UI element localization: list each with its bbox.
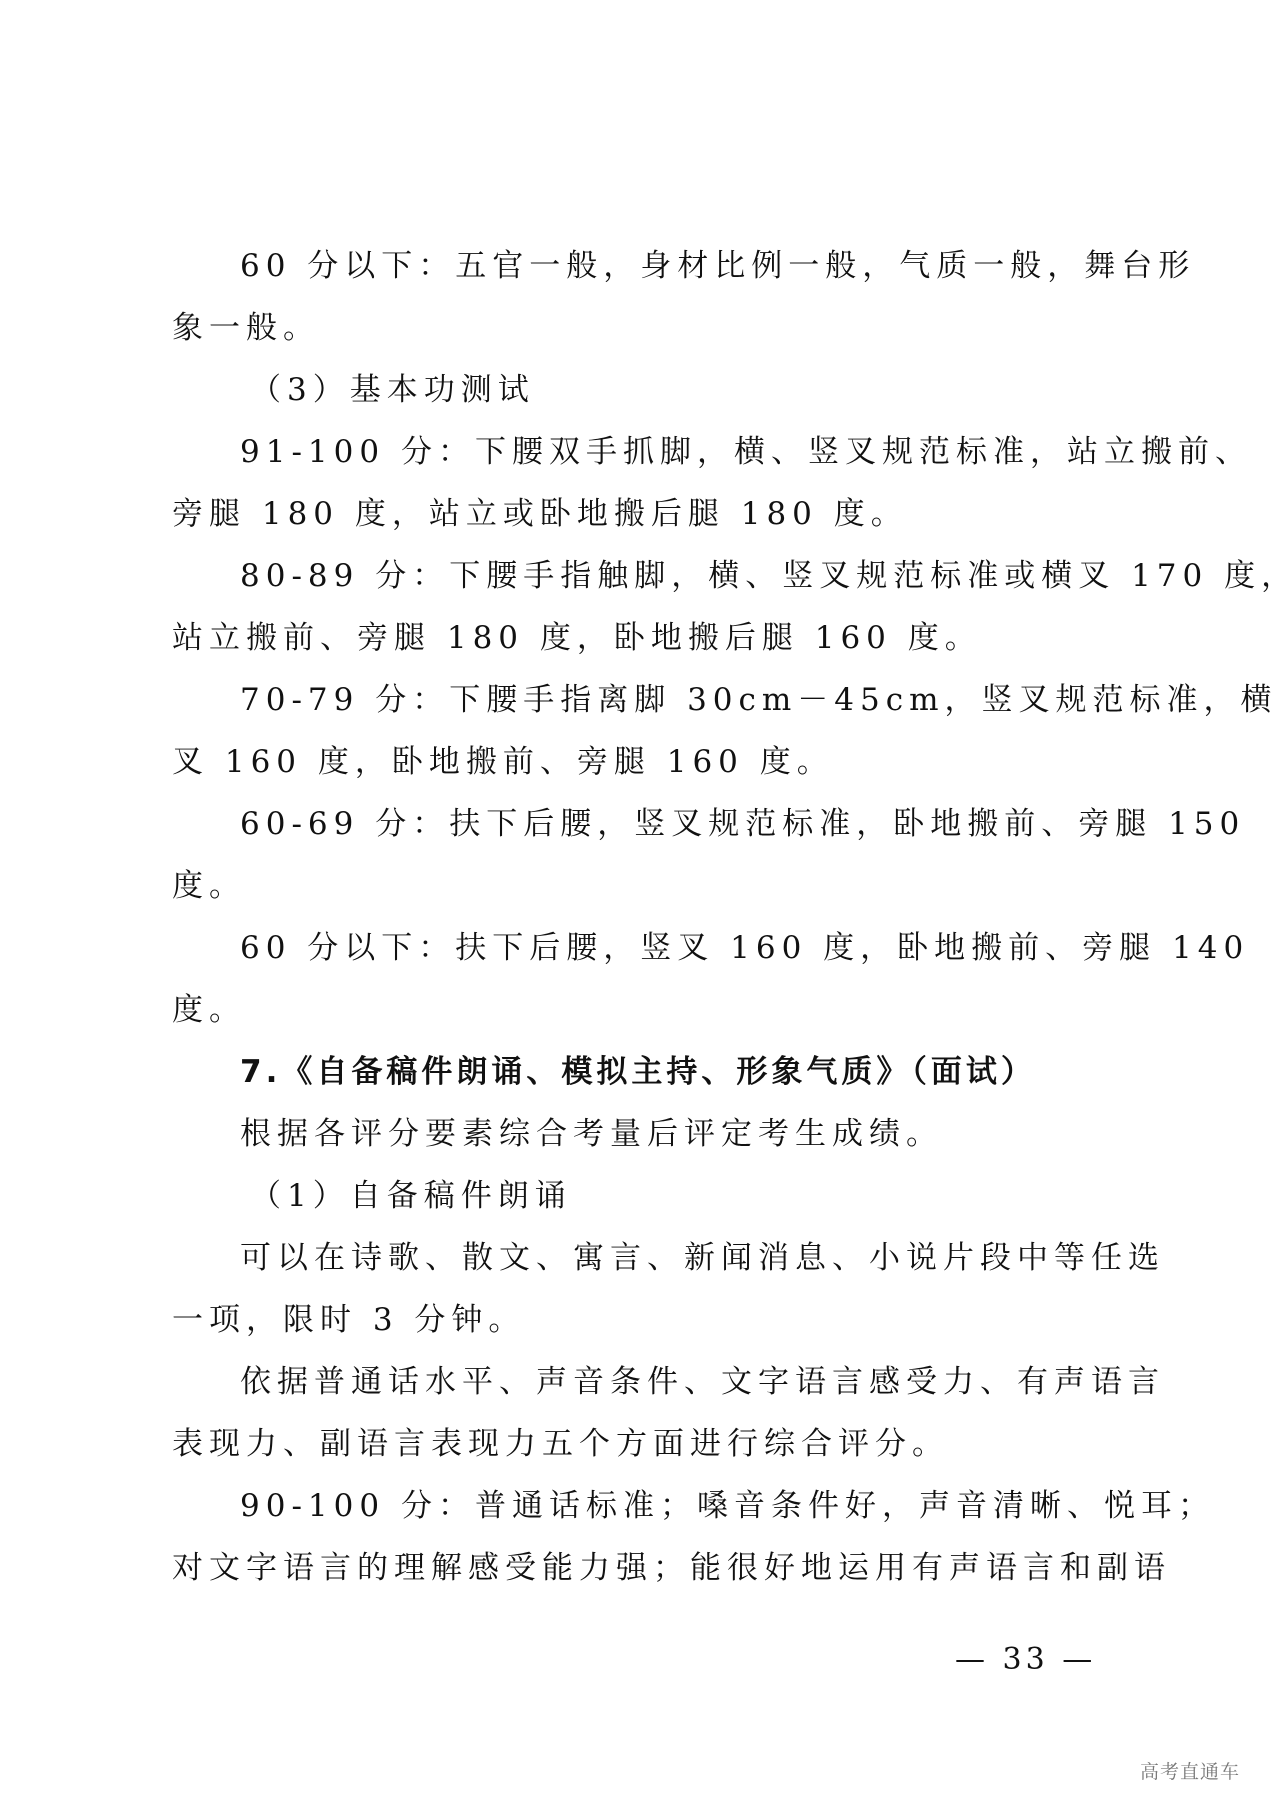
page-number: — 33 — xyxy=(955,1640,1096,1680)
score-91-100-line-2: 旁腿 180 度，站立或卧地搬后腿 180 度。 xyxy=(172,494,1112,534)
section-7-heading: 7.《自备稿件朗诵、模拟主持、形象气质》（面试） xyxy=(240,1052,1180,1092)
watermark-label: 高考直通车 xyxy=(1140,1757,1240,1784)
score-below-60-appearance-line-2: 象一般。 xyxy=(172,308,1112,348)
score-91-100-line-1: 91-100 分：下腰双手抓脚，横、竖叉规范标准，站立搬前、 xyxy=(240,432,1180,472)
score-below-60-appearance-line-1: 60 分以下：五官一般，身材比例一般，气质一般，舞台形 xyxy=(240,246,1180,286)
score-80-89-line-2: 站立搬前、旁腿 180 度，卧地搬后腿 160 度。 xyxy=(172,618,1112,658)
recitation-score-90-100-line-2: 对文字语言的理解感受能力强；能很好地运用有声语言和副语 xyxy=(172,1548,1112,1588)
subsection-basic-skills-heading: （3）基本功测试 xyxy=(250,370,1190,410)
score-70-79-line-2: 叉 160 度，卧地搬前、旁腿 160 度。 xyxy=(172,742,1112,782)
recitation-para-2-line-2: 表现力、副语言表现力五个方面进行综合评分。 xyxy=(172,1424,1112,1464)
score-below-60-skills-line-2: 度。 xyxy=(172,990,1112,1030)
score-60-69-line-2: 度。 xyxy=(172,866,1112,906)
score-below-60-skills-line-1: 60 分以下：扶下后腰，竖叉 160 度，卧地搬前、旁腿 140 xyxy=(240,928,1180,968)
score-80-89-line-1: 80-89 分：下腰手指触脚，横、竖叉规范标准或横叉 170 度， xyxy=(240,556,1180,596)
score-70-79-line-1: 70-79 分：下腰手指离脚 30cm－45cm，竖叉规范标准，横 xyxy=(240,680,1180,720)
document-page: 60 分以下：五官一般，身材比例一般，气质一般，舞台形 象一般。 （3）基本功测… xyxy=(0,0,1280,1810)
recitation-para-1-line-1: 可以在诗歌、散文、寓言、新闻消息、小说片段中等任选 xyxy=(240,1238,1180,1278)
score-60-69-line-1: 60-69 分：扶下后腰，竖叉规范标准，卧地搬前、旁腿 150 xyxy=(240,804,1180,844)
section-7-intro: 根据各评分要素综合考量后评定考生成绩。 xyxy=(240,1114,1180,1154)
subsection-recitation-heading: （1）自备稿件朗诵 xyxy=(250,1176,1190,1216)
recitation-para-2-line-1: 依据普通话水平、声音条件、文字语言感受力、有声语言 xyxy=(240,1362,1180,1402)
recitation-para-1-line-2: 一项，限时 3 分钟。 xyxy=(172,1300,1112,1340)
recitation-score-90-100-line-1: 90-100 分：普通话标准；嗓音条件好，声音清晰、悦耳； xyxy=(240,1486,1180,1526)
